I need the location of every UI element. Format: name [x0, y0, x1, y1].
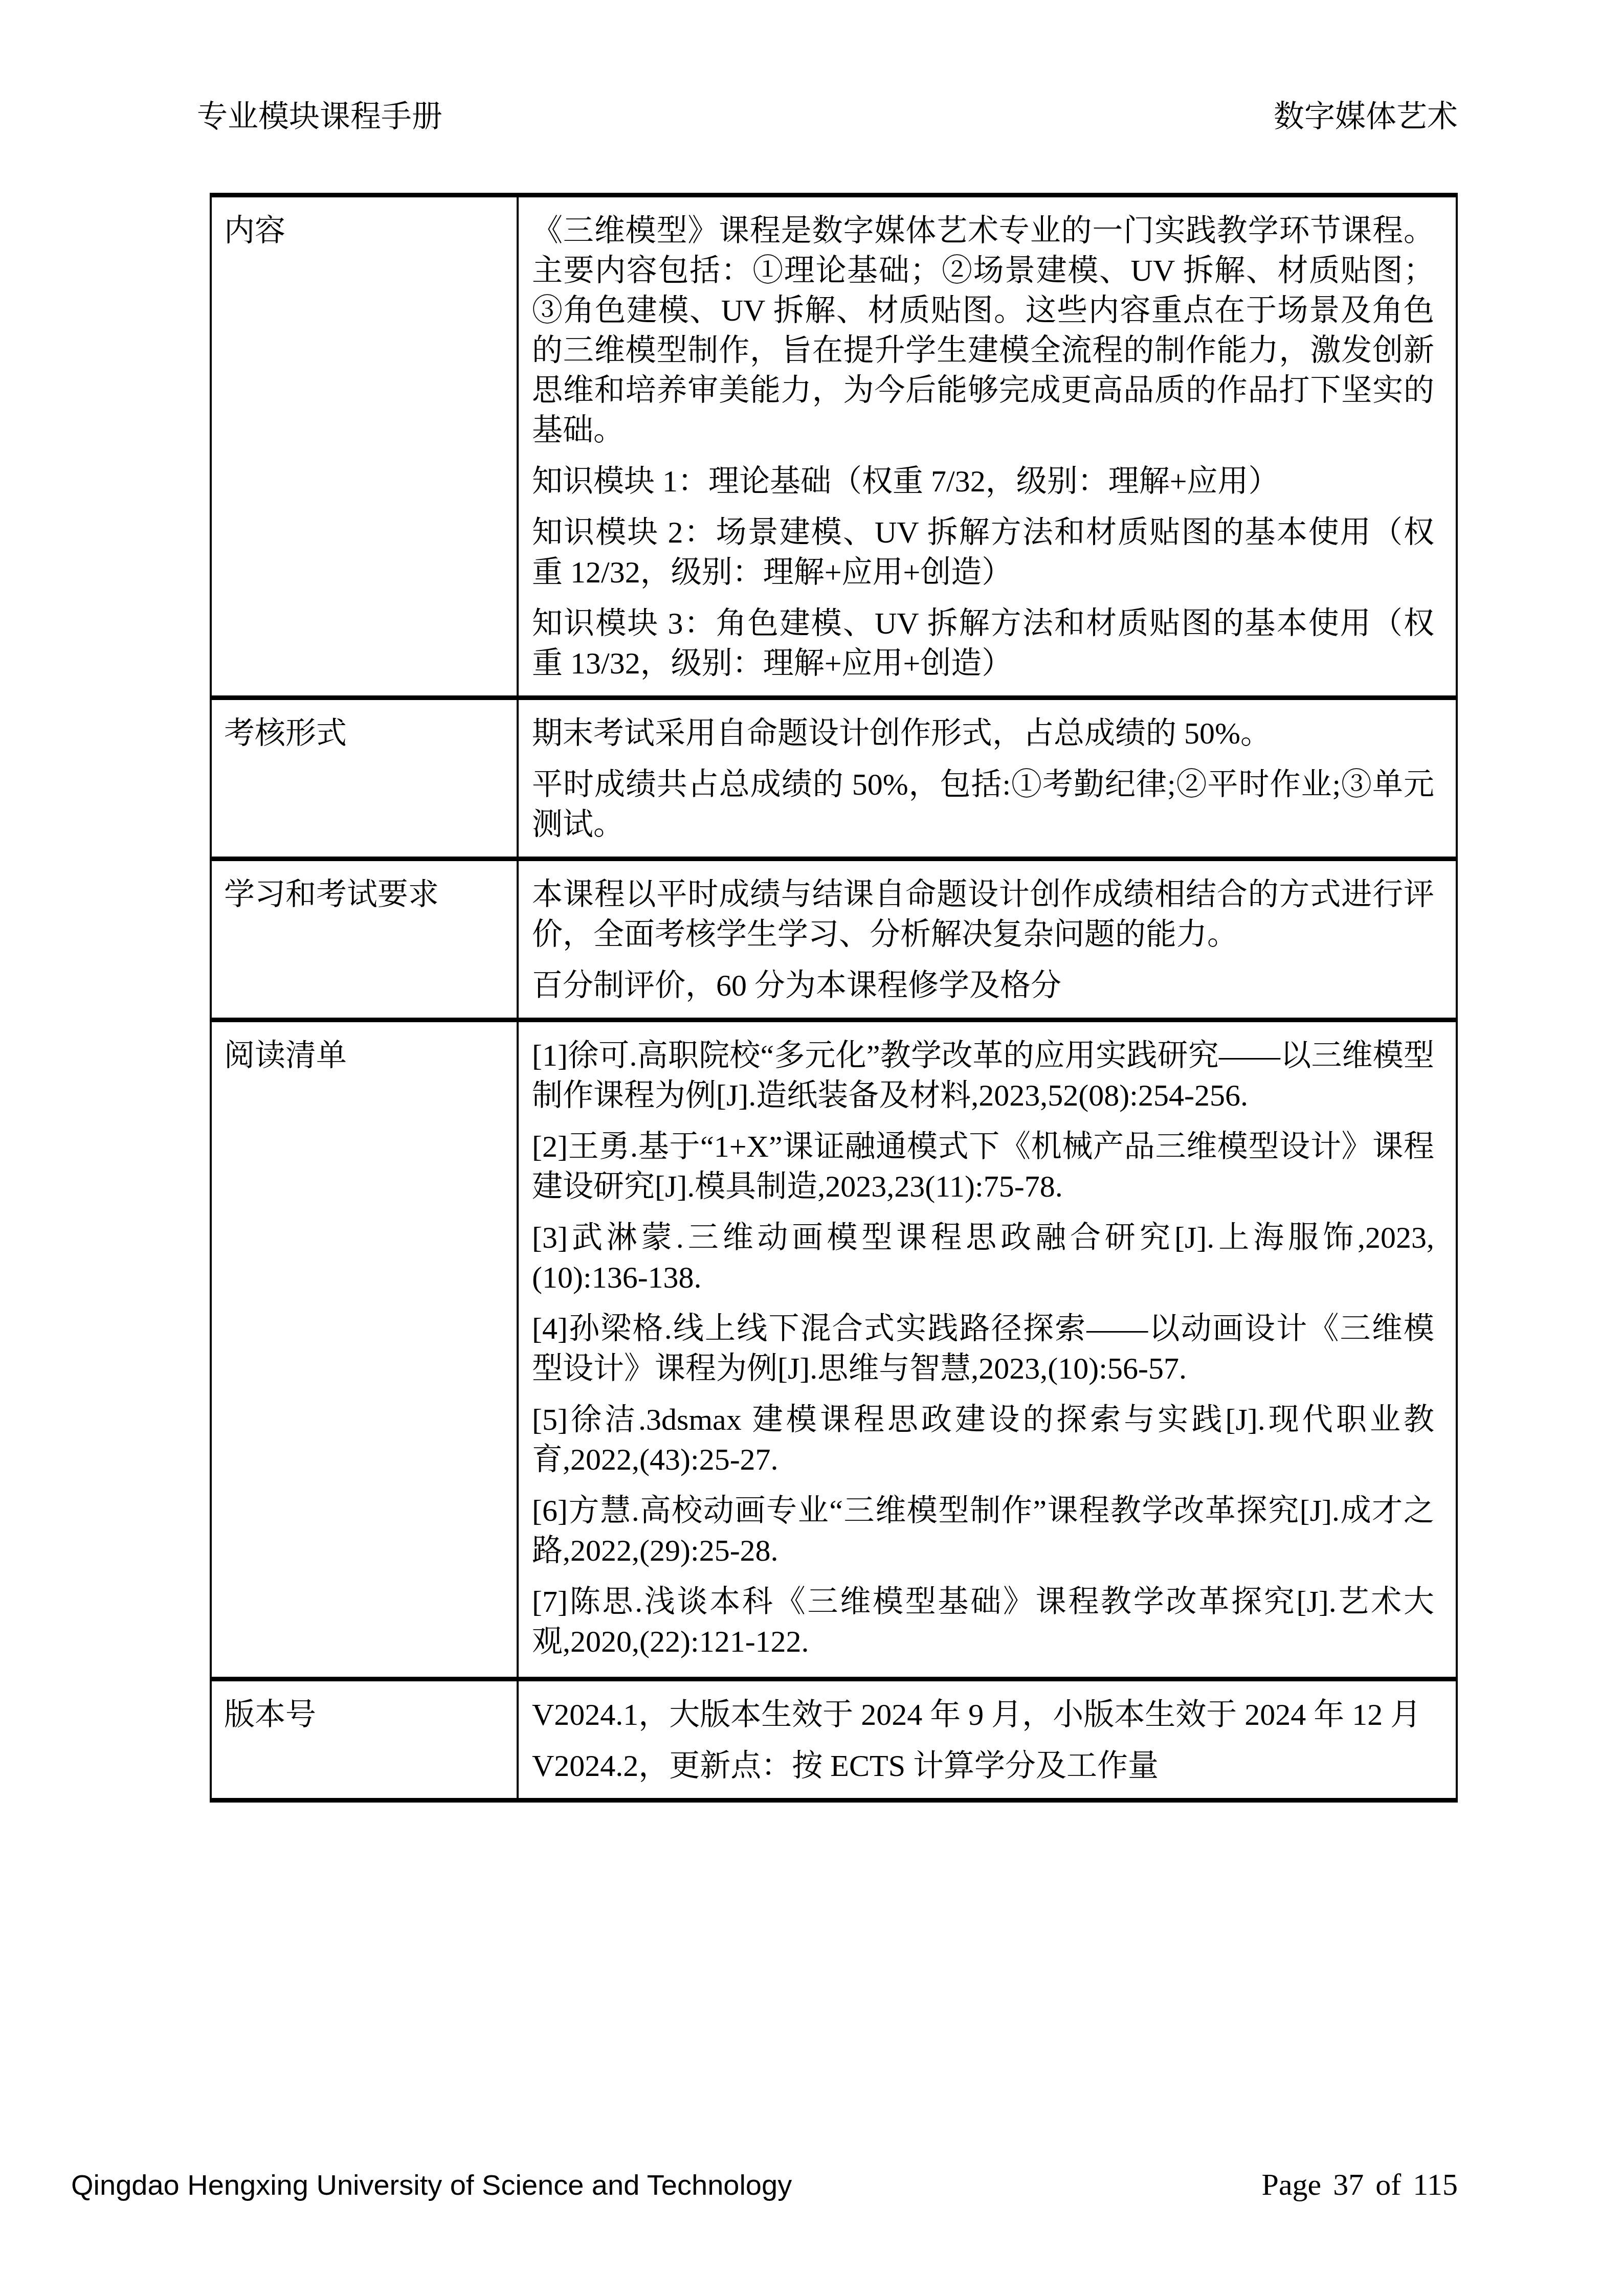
header-program-name: 数字媒体艺术 — [1274, 98, 1458, 135]
footer-page-number: Page 37 of 115 — [1262, 2167, 1458, 2202]
content-paragraph: 《三维模型》课程是数字媒体艺术专业的一门实践教学环节课程。主要内容包括：①理论基… — [532, 211, 1434, 450]
document-page: 专业模块课程手册 数字媒体艺术 内容《三维模型》课程是数字媒体艺术专业的一门实践… — [0, 0, 1624, 2296]
assessment-form-paragraph: 期末考试采用自命题设计创作形式，占总成绩的 50%。 — [532, 713, 1434, 753]
study-exam-requirements-paragraph: 百分制评价，60 分为本课程修学及格分 — [532, 965, 1434, 1005]
page-header: 专业模块课程手册 数字媒体艺术 — [197, 98, 1458, 135]
table-row-study-exam-requirements: 学习和考试要求本课程以平时成绩与结课自命题设计创作成绩相结合的方式进行评价，全面… — [212, 861, 1456, 1022]
version-number-paragraph: V2024.1，大版本生效于 2024 年 9 月，小版本生效于 2024 年 … — [532, 1695, 1434, 1735]
reading-list-paragraph: [1]徐可.高职院校“多元化”教学改革的应用实践研究——以三维模型制作课程为例[… — [532, 1036, 1434, 1115]
reading-list-paragraph: [3]武淋蒙.三维动画模型课程思政融合研究[J].上海服饰,2023,(10):… — [532, 1218, 1434, 1297]
row-label-assessment-form: 考核形式 — [212, 700, 519, 857]
reading-list-paragraph: [4]孙梁格.线上线下混合式实践路径探索——以动画设计《三维模型设计》课程为例[… — [532, 1309, 1434, 1388]
reading-list-paragraph: [6]方慧.高校动画专业“三维模型制作”课程教学改革探究[J].成才之路,202… — [532, 1491, 1434, 1570]
table-row-assessment-form: 考核形式期末考试采用自命题设计创作形式，占总成绩的 50%。平时成绩共占总成绩的… — [212, 700, 1456, 861]
row-label-content: 内容 — [212, 197, 519, 695]
study-exam-requirements-paragraph: 本课程以平时成绩与结课自命题设计创作成绩相结合的方式进行评价，全面考核学生学习、… — [532, 874, 1434, 954]
row-content-study-exam-requirements: 本课程以平时成绩与结课自命题设计创作成绩相结合的方式进行评价，全面考核学生学习、… — [519, 861, 1456, 1018]
footer-university-name: Qingdao Hengxing University of Science a… — [71, 2168, 792, 2202]
row-content-version-number: V2024.1，大版本生效于 2024 年 9 月，小版本生效于 2024 年 … — [519, 1681, 1456, 1798]
course-info-table: 内容《三维模型》课程是数字媒体艺术专业的一门实践教学环节课程。主要内容包括：①理… — [210, 193, 1458, 1803]
row-content-content: 《三维模型》课程是数字媒体艺术专业的一门实践教学环节课程。主要内容包括：①理论基… — [519, 197, 1456, 695]
content-paragraph: 知识模块 1：理论基础（权重 7/32，级别：理解+应用） — [532, 461, 1434, 501]
row-label-reading-list: 阅读清单 — [212, 1022, 519, 1677]
reading-list-paragraph: [5]徐洁.3dsmax 建模课程思政建设的探索与实践[J].现代职业教育,20… — [532, 1400, 1434, 1479]
row-content-reading-list: [1]徐可.高职院校“多元化”教学改革的应用实践研究——以三维模型制作课程为例[… — [519, 1022, 1456, 1677]
content-paragraph: 知识模块 2：场景建模、UV 拆解方法和材质贴图的基本使用（权重 12/32，级… — [532, 512, 1434, 592]
table-row-version-number: 版本号V2024.1，大版本生效于 2024 年 9 月，小版本生效于 2024… — [212, 1681, 1456, 1798]
row-label-version-number: 版本号 — [212, 1681, 519, 1798]
assessment-form-paragraph: 平时成绩共占总成绩的 50%，包括:①考勤纪律;②平时作业;③单元测试。 — [532, 764, 1434, 844]
page-footer: Qingdao Hengxing University of Science a… — [71, 2167, 1458, 2202]
reading-list-paragraph: [7]陈思.浅谈本科《三维模型基础》课程教学改革探究[J].艺术大观,2020,… — [532, 1582, 1434, 1661]
reading-list-paragraph: [2]王勇.基于“1+X”课证融通模式下《机械产品三维模型设计》课程建设研究[J… — [532, 1127, 1434, 1206]
version-number-paragraph: V2024.2，更新点：按 ECTS 计算学分及工作量 — [532, 1746, 1434, 1786]
row-label-study-exam-requirements: 学习和考试要求 — [212, 861, 519, 1018]
header-manual-title: 专业模块课程手册 — [197, 98, 442, 135]
table-row-content: 内容《三维模型》课程是数字媒体艺术专业的一门实践教学环节课程。主要内容包括：①理… — [212, 197, 1456, 700]
content-paragraph: 知识模块 3：角色建模、UV 拆解方法和材质贴图的基本使用（权重 13/32，级… — [532, 603, 1434, 683]
row-content-assessment-form: 期末考试采用自命题设计创作形式，占总成绩的 50%。平时成绩共占总成绩的 50%… — [519, 700, 1456, 857]
table-row-reading-list: 阅读清单[1]徐可.高职院校“多元化”教学改革的应用实践研究——以三维模型制作课… — [212, 1022, 1456, 1681]
